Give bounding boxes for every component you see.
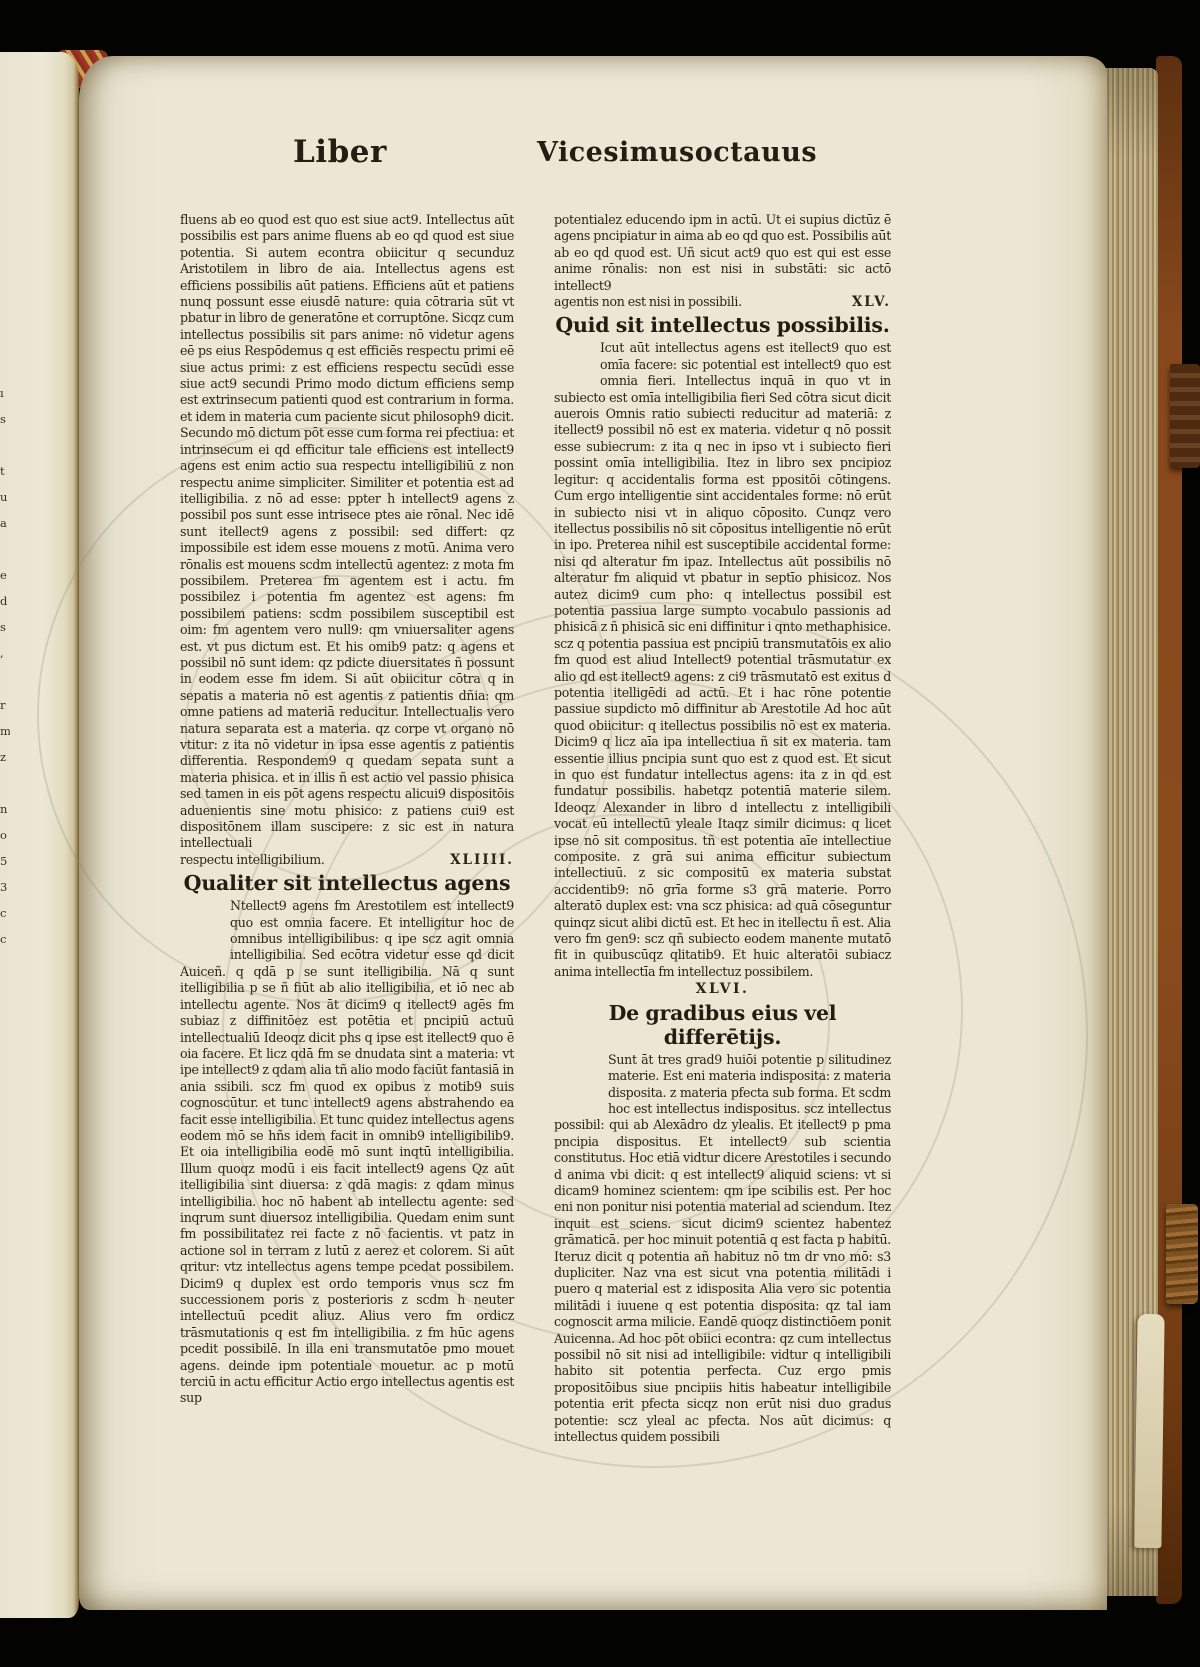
paragraph: potentialez educendo ipm in actū. Ut ei …	[554, 212, 891, 294]
initial-space	[554, 1052, 608, 1102]
paragraph-end-text: agentis non est nisi in possibili.	[554, 294, 742, 310]
initial-space	[180, 898, 230, 948]
facing-page-text-edge: ı s t u a e d s , r m z n o 5 3 c c	[0, 380, 10, 952]
paragraph-end-text: respectu intelligibilium.	[180, 852, 325, 868]
section-heading: Quid sit intellectus possibilis.	[554, 313, 891, 337]
initial-space	[554, 340, 600, 374]
paragraph-last-line: agentis non est nisi in possibili. XLV.	[554, 294, 891, 310]
bookmark-strip	[1134, 1314, 1164, 1548]
paragraph: Ntellect9 agens fm Arestotilem est intel…	[180, 898, 514, 1407]
index-tab-lower	[1166, 1204, 1198, 1304]
chapter-number: XLV.	[852, 294, 891, 310]
running-header-right: Vicesimusoctauus	[537, 137, 817, 168]
index-tab-upper	[1170, 364, 1200, 468]
photo-background: ı s t u a e d s , r m z n o 5 3 c c Libe…	[0, 0, 1200, 1667]
text-column-right: potentialez educendo ipm in actū. Ut ei …	[554, 212, 891, 1445]
text-column-left: fluens ab eo quod est quo est siue act9.…	[180, 212, 514, 1407]
chapter-number: XLIIII.	[450, 852, 514, 868]
section-heading: Qualiter sit intellectus agens	[180, 871, 514, 895]
book-page: Liber Vicesimusoctauus fluens ab eo quod…	[79, 56, 1107, 1610]
paragraph-last-line: respectu intelligibilium. XLIIII.	[180, 852, 514, 868]
section-heading: De gradibus eius vel differētijs.	[554, 1001, 891, 1049]
paragraph: Icut aūt intellectus agens est itellect9…	[554, 340, 891, 980]
running-header-left: Liber	[293, 134, 387, 170]
running-header: Liber Vicesimusoctauus	[79, 134, 1107, 184]
facing-page-sliver: ı s t u a e d s , r m z n o 5 3 c c	[0, 52, 79, 1618]
paragraph: Sunt āt tres grad9 huiōi potentie p sili…	[554, 1052, 891, 1446]
chapter-number: XLVI.	[554, 981, 891, 997]
paragraph: fluens ab eo quod est quo est siue act9.…	[180, 212, 514, 852]
